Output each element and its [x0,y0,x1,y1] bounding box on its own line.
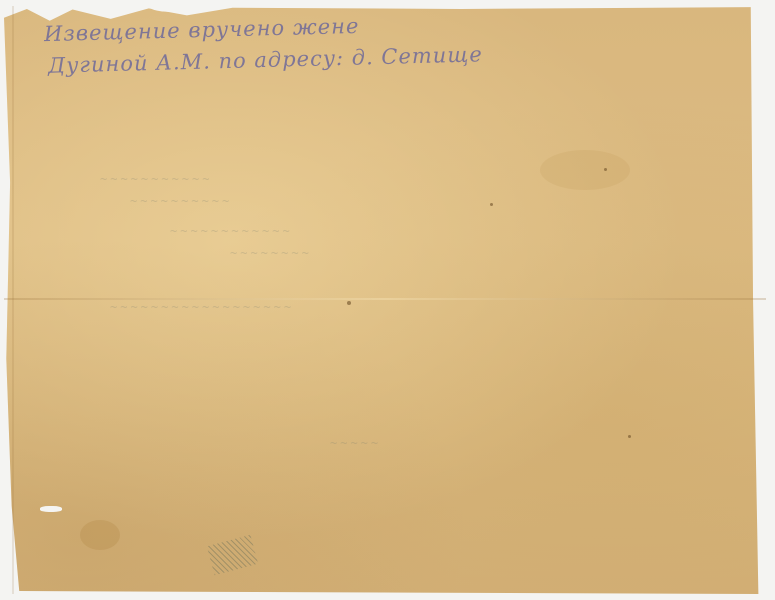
vertical-fold-line [12,6,14,594]
bleed-through-text: ~~~~~~~~~~ [130,194,232,208]
bleed-through-text: ~~~~~~~~~~~~~~~~~~ [110,300,294,314]
bleed-through-text: ~~~~~ [330,436,381,450]
torn-edge [150,0,210,12]
speck [604,168,607,171]
torn-edge [40,506,62,512]
speck [347,301,351,305]
bleed-through-text: ~~~~~~~~~~~ [100,172,212,186]
speck [490,203,493,206]
bleed-through-text: ~~~~~~~~ [230,246,312,260]
speck [628,435,631,438]
stain [80,520,120,550]
stain [540,150,630,190]
bleed-through-text: ~~~~~~~~~~~~ [170,224,293,238]
